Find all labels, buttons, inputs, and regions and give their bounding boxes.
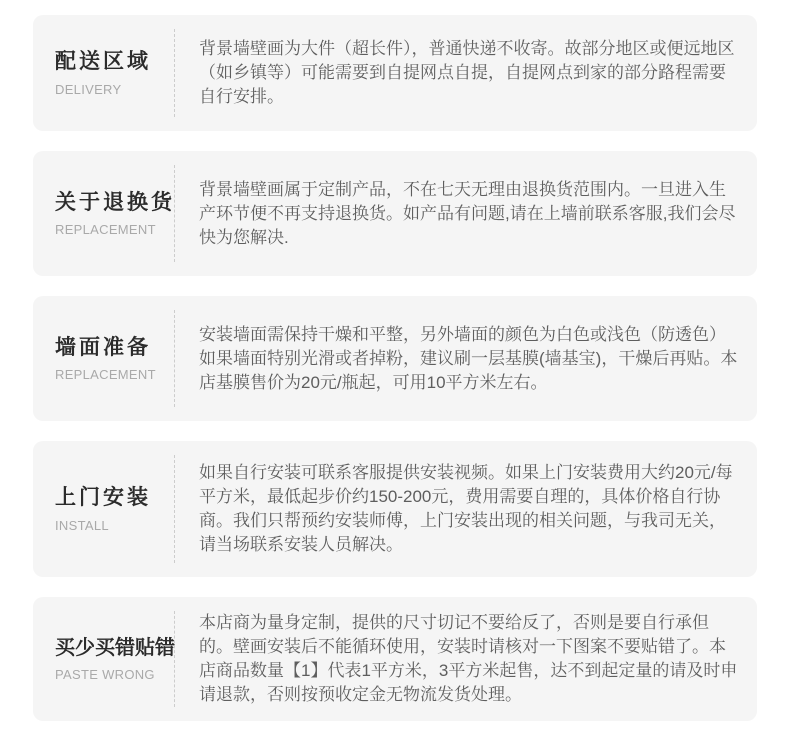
section-title: 上门安装 bbox=[55, 485, 174, 510]
section-subtitle-en: PASTE WRONG bbox=[55, 667, 174, 682]
card-wall-preparation: 墙面准备 REPLACEMENT 安装墙面需保持干燥和平整，另外墙面的颜色为白色… bbox=[33, 296, 757, 421]
section-title: 买少买错贴错 bbox=[55, 636, 174, 660]
section-subtitle-en: DELIVERY bbox=[55, 82, 174, 97]
section-subtitle-en: REPLACEMENT bbox=[55, 222, 174, 237]
card-delivery-area: 配送区域 DELIVERY 背景墙壁画为大件（超长件），普通快递不收寄。故部分地… bbox=[33, 15, 757, 131]
section-subtitle-en: REPLACEMENT bbox=[55, 367, 174, 382]
section-title: 配送区域 bbox=[55, 49, 174, 74]
card-onsite-installation: 上门安装 INSTALL 如果自行安装可联系客服提供安装视频。如果上门安装费用大… bbox=[33, 441, 757, 577]
card-heading-block: 配送区域 DELIVERY bbox=[33, 15, 174, 131]
card-purchase-paste-notes: 买少买错贴错 PASTE WRONG 本店商为量身定制，提供的尺寸切记不要给反了… bbox=[33, 597, 757, 721]
section-description: 安装墙面需保持干燥和平整，另外墙面的颜色为白色或浅色（防透色）如果墙面特别光滑或… bbox=[175, 309, 757, 409]
section-subtitle-en: INSTALL bbox=[55, 518, 174, 533]
card-heading-block: 墙面准备 REPLACEMENT bbox=[33, 296, 174, 421]
card-heading-block: 买少买错贴错 PASTE WRONG bbox=[33, 597, 174, 721]
card-return-policy: 关于退换货 REPLACEMENT 背景墙壁画属于定制产品，不在七天无理由退换货… bbox=[33, 151, 757, 276]
service-notice-page: 配送区域 DELIVERY 背景墙壁画为大件（超长件），普通快递不收寄。故部分地… bbox=[0, 0, 790, 736]
section-description: 如果自行安装可联系客服提供安装视频。如果上门安装费用大约20元/每平方米，最低起… bbox=[175, 447, 757, 571]
section-title: 关于退换货 bbox=[55, 190, 174, 215]
section-description: 背景墙壁画为大件（超长件），普通快递不收寄。故部分地区或便远地区（如乡镇等）可能… bbox=[175, 23, 757, 123]
section-description: 背景墙壁画属于定制产品，不在七天无理由退换货范围内。一旦进入生产环节便不再支持退… bbox=[175, 164, 757, 264]
card-heading-block: 关于退换货 REPLACEMENT bbox=[33, 151, 174, 276]
section-title: 墙面准备 bbox=[55, 335, 174, 360]
card-heading-block: 上门安装 INSTALL bbox=[33, 441, 174, 577]
section-description: 本店商为量身定制，提供的尺寸切记不要给反了，否则是要自行承但的。壁画安装后不能循… bbox=[175, 597, 757, 721]
